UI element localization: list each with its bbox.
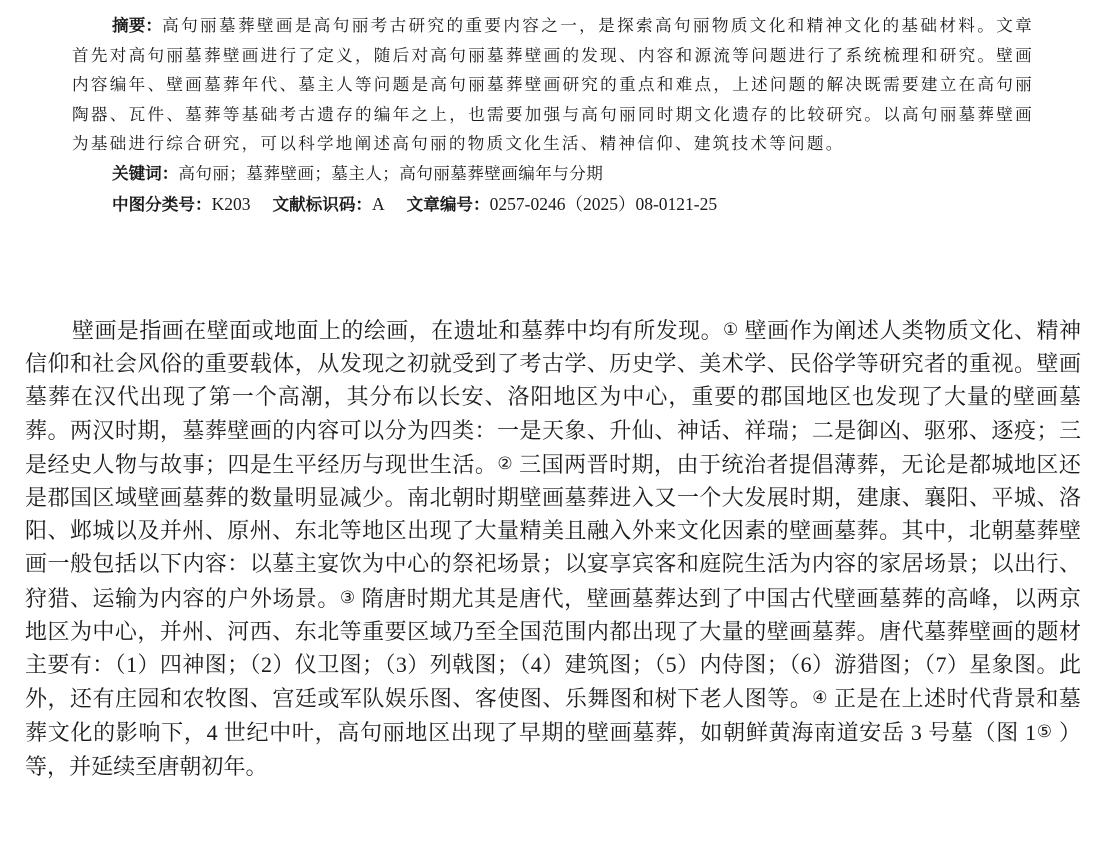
footnote-ref-5[interactable]: ⑤: [1036, 722, 1053, 741]
doc-code-label: 文献标识码：: [272, 195, 372, 214]
body-text: 壁画是指画在壁面或地面上的绘画，在遗址和墓葬中均有所发现。: [72, 318, 723, 343]
article-no-label: 文章编号：: [407, 195, 490, 214]
clc-value: K203: [212, 194, 251, 214]
keywords-label: 关键词：: [112, 164, 178, 183]
abstract-label: 摘要：: [112, 16, 162, 35]
abstract-text: 高句丽墓葬壁画是高句丽考古研究的重要内容之一，是探索高句丽物质文化和精神文化的基…: [72, 16, 1034, 153]
footnote-ref-3[interactable]: ③: [340, 588, 356, 607]
clc-label: 中图分类号：: [112, 195, 212, 214]
abstract-paragraph: 摘要：高句丽墓葬壁画是高句丽考古研究的重要内容之一，是探索高句丽物质文化和精神文…: [72, 11, 1034, 159]
classification-line: 中图分类号：K203文献标识码：A文章编号：0257-0246（2025）08-…: [72, 189, 1034, 220]
keywords-line: 关键词：高句丽；墓葬壁画；墓主人；高句丽墓葬壁画编年与分期: [72, 159, 1034, 189]
footnote-ref-2[interactable]: ②: [497, 454, 513, 473]
footnote-ref-4[interactable]: ④: [812, 688, 828, 707]
body-section: 壁画是指画在壁面或地面上的绘画，在遗址和墓葬中均有所发现。① 壁画作为阐述人类物…: [25, 313, 1081, 783]
abstract-section: 摘要：高句丽墓葬壁画是高句丽考古研究的重要内容之一，是探索高句丽物质文化和精神文…: [72, 11, 1034, 220]
article-no-value: 0257-0246（2025）08-0121-25: [490, 194, 717, 214]
doc-code-value: A: [372, 194, 385, 214]
body-paragraph: 壁画是指画在壁面或地面上的绘画，在遗址和墓葬中均有所发现。① 壁画作为阐述人类物…: [25, 313, 1081, 783]
keywords-text: 高句丽；墓葬壁画；墓主人；高句丽墓葬壁画编年与分期: [178, 164, 603, 183]
footnote-ref-1[interactable]: ①: [723, 320, 739, 339]
